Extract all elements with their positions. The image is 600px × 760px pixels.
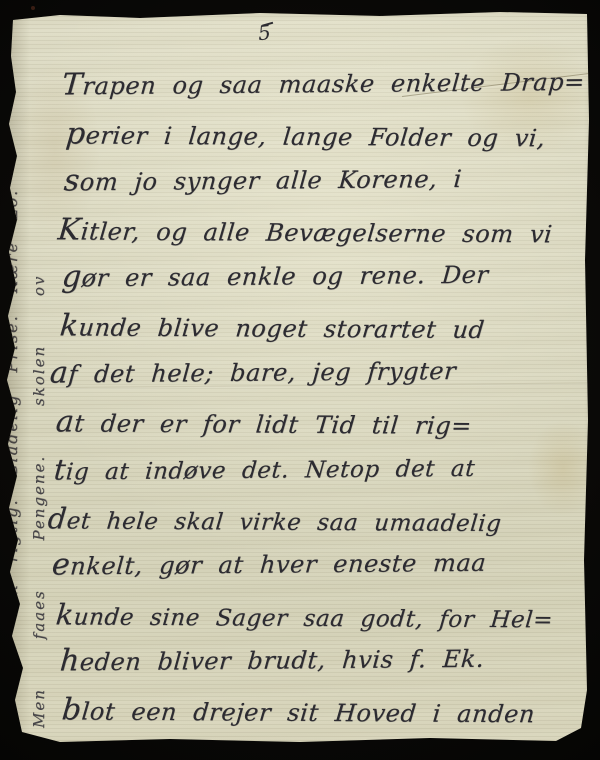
handwritten-line: heden bliver brudt, hvis f. Ek. bbox=[0, 633, 596, 686]
handwritten-line: blot een drejer sit Hoved i anden bbox=[0, 686, 596, 738]
handwritten-line: Trapen og saa maaske enkelte Drap= bbox=[0, 57, 596, 110]
scan-background: 5 Tak rigtig. Gladelig Prise. Kære Lo. M… bbox=[0, 0, 600, 760]
handwritten-line: som jo synger alle Korene, i bbox=[0, 153, 596, 206]
handwritten-line: tig at indøve det. Netop det at bbox=[0, 441, 596, 494]
handwritten-line: enkelt, gør at hver eneste maa bbox=[0, 537, 596, 590]
dust-speck bbox=[31, 6, 35, 10]
letter-body: Trapen og saa maaske enkelte Drap= perie… bbox=[0, 62, 594, 734]
handwritten-line: af det hele; bare, jeg frygter bbox=[0, 345, 596, 398]
letter-paper: 5 Tak rigtig. Gladelig Prise. Kære Lo. M… bbox=[0, 0, 600, 760]
page-number: 5 bbox=[257, 19, 283, 45]
handwritten-line: gør er saa enkle og rene. Der bbox=[0, 249, 596, 302]
